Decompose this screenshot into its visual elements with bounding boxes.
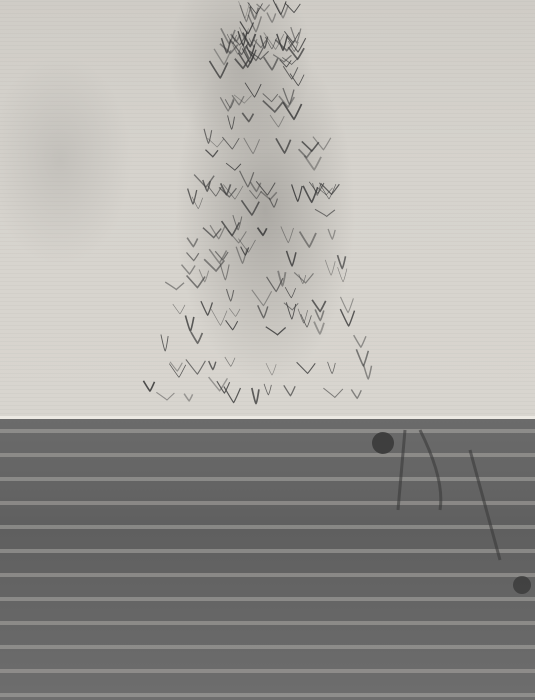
bird-marks bbox=[0, 0, 535, 700]
artwork bbox=[0, 0, 535, 700]
